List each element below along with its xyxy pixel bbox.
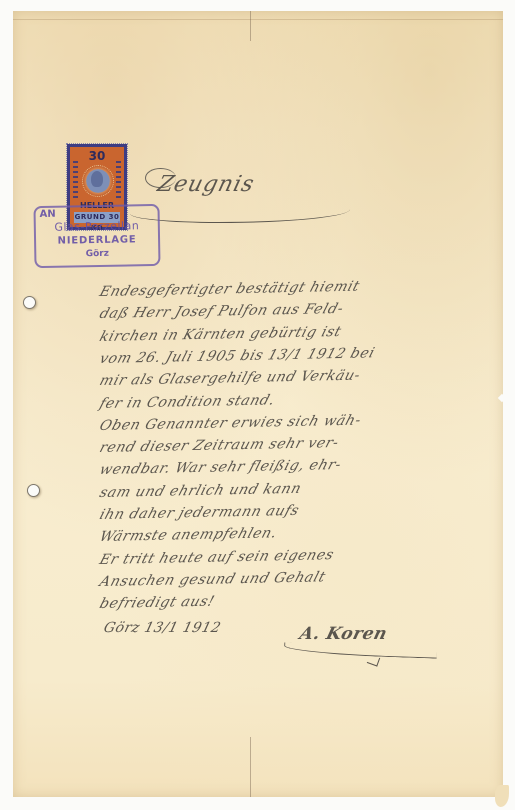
stamp-ornament-icon xyxy=(73,161,78,199)
fold-crease-top xyxy=(250,11,251,41)
body-text-line: befriedigt aus! xyxy=(98,594,217,612)
merchant-stamp-line: Glas-Porzellan xyxy=(36,219,158,234)
merchant-stamp: AN Glas-Porzellan NIEDERLAGE Görz xyxy=(33,204,160,268)
signature: A. Koren xyxy=(298,624,390,644)
corner-tear xyxy=(495,785,509,807)
merchant-stamp-line: Görz xyxy=(36,248,158,260)
portrait-head-icon xyxy=(91,171,103,187)
document-title: Zeugnis xyxy=(155,172,257,197)
punch-hole xyxy=(27,484,40,497)
stamp-ornament-icon xyxy=(116,161,121,199)
stamp-value: 30 xyxy=(70,149,124,163)
merchant-stamp-line: AN xyxy=(40,207,158,220)
punch-hole xyxy=(23,296,36,309)
merchant-stamp-line: NIEDERLAGE xyxy=(36,234,158,247)
body-text-line: fer in Condition stand. xyxy=(98,392,278,412)
date-line: Görz 13/1 1912 xyxy=(102,620,223,636)
edge-notch xyxy=(498,394,506,402)
fold-crease-bottom xyxy=(250,737,251,797)
